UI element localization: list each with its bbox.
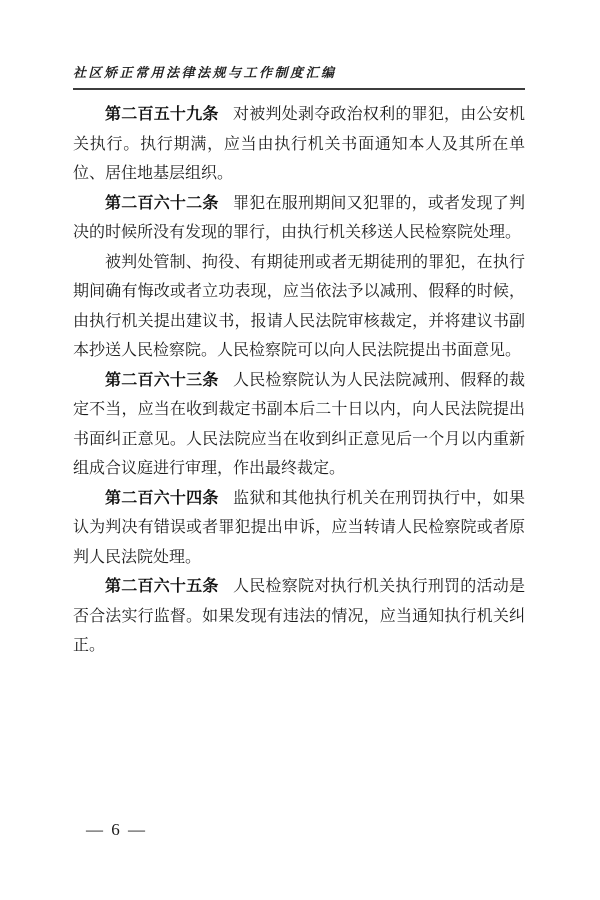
paragraph: 第二百六十五条人民检察院对执行机关执行刑罚的活动是否合法实行监督。如果发现有违法… — [73, 572, 525, 661]
article-number: 第二百六十四条 — [105, 490, 219, 507]
paragraph: 第二百六十二条罪犯在服刑期间又犯罪的，或者发现了判决的时候所没有发现的罪行，由执… — [73, 189, 525, 248]
article-number: 第二百六十二条 — [105, 195, 219, 212]
running-header-title: 社区矫正常用法律法规与工作制度汇编 — [73, 62, 525, 88]
article-text-block: 第二百五十九条对被判处剥夺政治权利的罪犯，由公安机关执行。执行期满，应当由执行机… — [73, 100, 525, 661]
running-header: 社区矫正常用法律法规与工作制度汇编 — [73, 62, 525, 90]
page-number: — 6 — — [86, 820, 147, 839]
article-number: 第二百六十三条 — [105, 372, 219, 389]
book-page: 社区矫正常用法律法规与工作制度汇编 第二百五十九条对被判处剥夺政治权利的罪犯，由… — [0, 0, 600, 900]
article-number: 第二百六十五条 — [105, 578, 219, 595]
article-number: 第二百五十九条 — [105, 106, 219, 123]
header-rule — [73, 88, 525, 90]
paragraph: 被判处管制、拘役、有期徒刑或者无期徒刑的罪犯，在执行期间确有悔改或者立功表现，应… — [73, 248, 525, 366]
page-footer: — 6 — — [86, 820, 147, 840]
paragraph: 第二百六十四条监狱和其他执行机关在刑罚执行中，如果认为判决有错误或者罪犯提出申诉… — [73, 484, 525, 573]
paragraph: 第二百六十三条人民检察院认为人民法院减刑、假释的裁定不当，应当在收到裁定书副本后… — [73, 366, 525, 484]
article-text: 被判处管制、拘役、有期徒刑或者无期徒刑的罪犯，在执行期间确有悔改或者立功表现，应… — [73, 254, 525, 360]
paragraph: 第二百五十九条对被判处剥夺政治权利的罪犯，由公安机关执行。执行期满，应当由执行机… — [73, 100, 525, 189]
